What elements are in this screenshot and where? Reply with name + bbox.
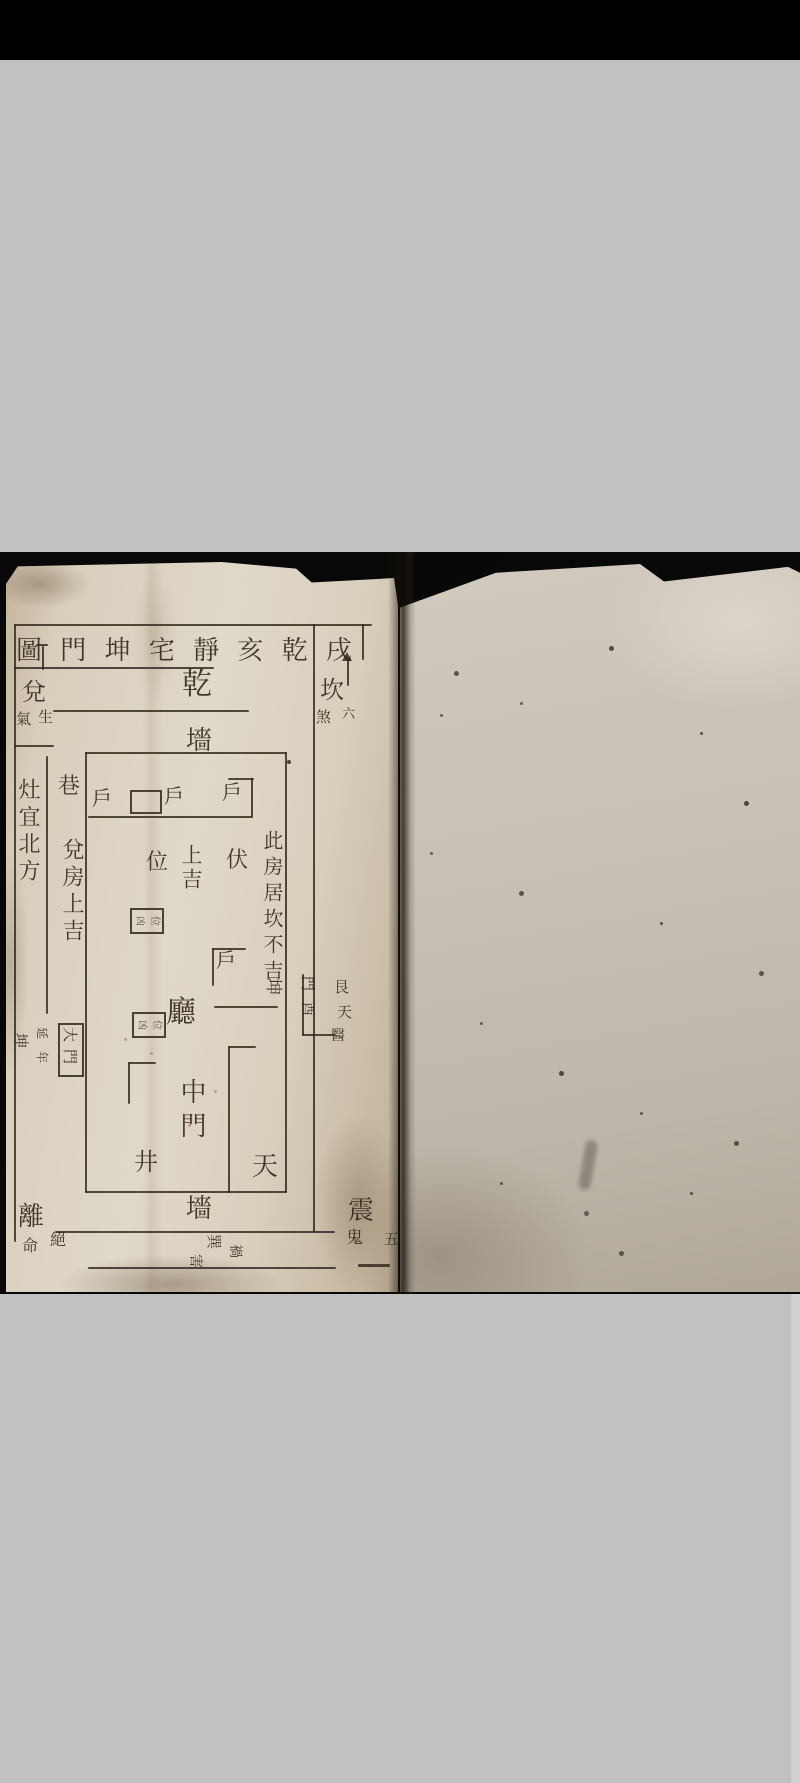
title-char-jing: 靜 [193, 630, 219, 660]
courtyard-bottom-wall [85, 1191, 287, 1193]
bad-spot-xiong: 凶 [136, 1020, 146, 1030]
middle-gate-label: 中門 [178, 1078, 204, 1146]
lower-rule-2 [88, 1267, 336, 1269]
red-speck [150, 1052, 153, 1055]
door-label-2: 戶 [164, 786, 184, 806]
title-char-tu: 圖 [16, 630, 42, 660]
title-char-hai: 亥 [237, 630, 263, 660]
right-edge-strip [791, 1294, 800, 1783]
courtyard-right-wall [285, 752, 287, 1193]
star-jueming-ming: 命 [22, 1238, 38, 1254]
title-top-rule [14, 624, 372, 626]
title-char-kun: 坤 [105, 630, 131, 660]
page-fold-shadow [388, 552, 416, 1294]
star-huohai-hai: 害 [188, 1254, 202, 1268]
trigram-zhen: 震 [348, 1198, 374, 1224]
door-row-line [88, 816, 252, 818]
door-label-mid: 戶 [216, 950, 236, 970]
red-speck [124, 1038, 127, 1041]
bad-spot-xiong: 凶 [134, 916, 144, 926]
well-label: 井 [134, 1150, 158, 1174]
left-margin-rule [14, 745, 54, 747]
trigram-gen: 艮 [334, 980, 349, 995]
hall-label: 廳 [166, 998, 196, 1028]
bad-spot-box-2: 凶 位 [132, 1012, 166, 1038]
wall-direction-kun: 坤 [264, 978, 281, 995]
qian-underline [53, 710, 249, 712]
wall-label-bottom: 墻 [186, 1196, 212, 1222]
main-gate-men: 門 [62, 1049, 77, 1064]
title-char-men: 門 [60, 630, 86, 660]
star-yannian-nian: 年 [36, 1051, 48, 1063]
stove-note: 灶宜北方 [16, 778, 38, 886]
star-jueming-jue: 絕 [50, 1232, 66, 1248]
star-yannian-yan: 延 [36, 1027, 48, 1039]
door-leaf-box [130, 790, 162, 814]
bad-spot-wei: 位 [149, 916, 159, 926]
room-note: 此房居坎不吉 [262, 830, 282, 986]
main-gate-da: 大 [62, 1027, 77, 1042]
lane-label: 巷 [58, 776, 80, 798]
partition-hook-h [228, 1046, 256, 1048]
star-wugui-gui: 鬼 [346, 1230, 363, 1247]
gate-bracket-h [128, 1062, 156, 1064]
star-liusha-liu: 六 [342, 708, 355, 721]
trigram-kun-left: 坤 [13, 1033, 28, 1048]
bad-spot-box-1: 凶 位 [130, 908, 164, 934]
dui-room-note: 兌房上吉 [60, 838, 82, 946]
star-tianyi-tian: 天 [337, 1005, 352, 1020]
partition-v [228, 1046, 230, 1193]
door3-bracket-v [251, 778, 253, 818]
side-gate-men: 門 [300, 976, 315, 991]
courtyard-left-wall [85, 752, 87, 1193]
red-speck [214, 1090, 217, 1093]
ink-dot [287, 760, 291, 764]
sky-courtyard-label: 天 [252, 1154, 278, 1180]
side-gate-you: 酉 [300, 1002, 314, 1016]
stove-column-divider [46, 756, 48, 1014]
mid-door-bracket-v [212, 948, 214, 986]
title-char-qian: 乾 [282, 630, 308, 660]
fuwei-wei: 位 [146, 852, 168, 874]
door-label-3: 戶 [222, 782, 242, 802]
trigram-li: 離 [18, 1204, 44, 1230]
gate-bracket-v [128, 1062, 130, 1104]
hall-wall-segment [214, 1006, 278, 1008]
door-label-1: 戶 [92, 788, 112, 808]
star-huohai-huo: 禍 [228, 1244, 242, 1258]
letterbox-top-bar [0, 0, 800, 60]
right-border-segment [362, 624, 364, 660]
trigram-dui: 兌 [22, 680, 46, 704]
star-tianyi-yi: 醫 [331, 1029, 345, 1043]
fuwei-rating: 上吉 [180, 844, 201, 892]
diagram-title: 戌 乾 亥 靜 宅 坤 門 圖 [16, 630, 352, 660]
title-char-xu: 戌 [326, 630, 352, 660]
bad-spot-wei: 位 [151, 1020, 161, 1030]
title-char-zhai: 宅 [149, 630, 175, 660]
star-liusha-sha: 煞 [316, 710, 331, 725]
trigram-xun: 巽 [206, 1234, 221, 1249]
trigram-kan: 坎 [320, 678, 344, 702]
trigram-qian: 乾 [182, 670, 212, 700]
lower-rule-1 [55, 1231, 335, 1233]
right-margin-divider [313, 624, 315, 1232]
star-shengqi-sheng: 生 [38, 710, 53, 725]
lower-rule-dash [358, 1264, 390, 1267]
wall-label-top: 墻 [186, 728, 212, 754]
fuwei-fu: 伏 [226, 850, 248, 872]
star-shengqi-qi: 氣 [16, 712, 31, 727]
manuscript-photo: 戌 乾 亥 靜 宅 坤 門 圖 乾 兌 生 氣 坎 六 煞 坤 延 年 艮 天 … [0, 552, 800, 1294]
